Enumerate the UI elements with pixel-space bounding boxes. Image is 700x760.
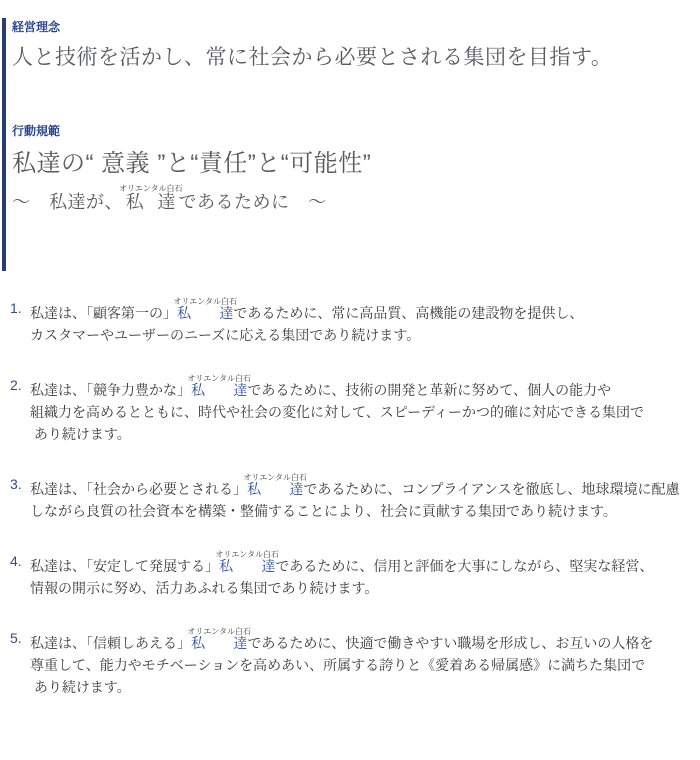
principle-line: あり続けます。 xyxy=(30,679,131,695)
company-name-ruby-text: オリエンタル白石 xyxy=(243,473,307,482)
management-philosophy-label: 経営理念 xyxy=(12,20,700,34)
principle-number: 2. xyxy=(10,374,30,396)
philosophy-conduct-section: 経営理念 人と技術を活かし、常に社会から必要とされる集団を目指す。 行動規範 私… xyxy=(2,18,700,271)
management-philosophy-heading: 人と技術を活かし、常に社会から必要とされる集団を目指す。 xyxy=(12,44,700,72)
principle-prefix: 私達は、「競争力豊かな」 xyxy=(30,382,191,398)
company-name-base: 私 達 xyxy=(187,635,251,651)
principle-prefix: 私達は、「安定して発展する」 xyxy=(30,558,219,574)
code-of-conduct-heading: 私達の“ 意義 ”と“責任”と“可能性” xyxy=(12,148,700,180)
principle-line: であるために、技術の開発と革新に努めて、個人の能力や xyxy=(247,382,611,398)
company-name-ruby: 私 達オリエンタル白石 xyxy=(191,382,247,398)
conduct-subtitle-suffix: であるために ～ xyxy=(179,192,327,212)
principle-line: 情報の開示に努め、活力あふれる集団であり続けます。 xyxy=(30,580,378,596)
principle-line: カスタマーやユーザーのニーズに応える集団であり続けます。 xyxy=(30,327,420,343)
principle-item: 4. 私達は、「安定して発展する」私 達オリエンタル白石であるために、信用と評価… xyxy=(10,550,700,599)
code-of-conduct-label: 行動規範 xyxy=(12,124,700,138)
company-name-base: 私達 xyxy=(119,192,183,212)
company-name-ruby-text: オリエンタル白石 xyxy=(173,297,237,306)
principle-item: 5. 私達は、「信頼しあえる」私 達オリエンタル白石であるために、快適で働きやす… xyxy=(10,627,700,698)
corporate-philosophy-page: 経営理念 人と技術を活かし、常に社会から必要とされる集団を目指す。 行動規範 私… xyxy=(0,0,700,760)
principle-line: 組織力を高めるとともに、時代や社会の変化に対して、スピーディーかつ的確に対応でき… xyxy=(30,404,644,420)
principle-item: 1. 私達は、「顧客第一の」私 達オリエンタル白石であるために、常に高品質、高機… xyxy=(10,297,700,346)
company-name-ruby: 私 達オリエンタル白石 xyxy=(247,481,303,497)
company-name-ruby-text: オリエンタル白石 xyxy=(119,184,183,193)
company-name-base: 私 達 xyxy=(215,558,279,574)
principle-number: 3. xyxy=(10,473,30,495)
principle-item: 2. 私達は、「競争力豊かな」私 達オリエンタル白石であるために、技術の開発と革… xyxy=(10,374,700,445)
principle-number: 4. xyxy=(10,550,30,572)
principle-prefix: 私達は、「顧客第一の」 xyxy=(30,305,177,321)
principle-line: であるために、信用と評価を大事にしながら、堅実な経営、 xyxy=(275,558,653,574)
company-name-ruby-text: オリエンタル白石 xyxy=(187,374,251,383)
principle-item: 3. 私達は、「社会から必要とされる」私 達オリエンタル白石であるために、コンプ… xyxy=(10,473,700,522)
principle-text: 私達は、「顧客第一の」私 達オリエンタル白石であるために、常に高品質、高機能の建… xyxy=(30,297,700,346)
company-name-ruby-text: オリエンタル白石 xyxy=(187,627,251,636)
company-name-ruby: 私 達オリエンタル白石 xyxy=(177,305,233,321)
principle-number: 5. xyxy=(10,627,30,649)
conduct-subtitle-prefix: ～ 私達が、 xyxy=(12,192,123,212)
principle-prefix: 私達は、「信頼しあえる」 xyxy=(30,635,191,651)
company-name-base: 私 達 xyxy=(243,481,307,497)
principle-text: 私達は、「競争力豊かな」私 達オリエンタル白石であるために、技術の開発と革新に努… xyxy=(30,374,700,445)
principle-line: であるために、コンプライアンスを徹底し、地球環境に配慮 xyxy=(303,481,679,497)
principle-number: 1. xyxy=(10,297,30,319)
principle-line: 尊重して、能力やモチベーションを高めあい、所属する誇りと《愛着ある帰属感》に満ち… xyxy=(30,657,645,673)
company-name-ruby-text: オリエンタル白石 xyxy=(215,550,279,559)
principle-prefix: 私達は、「社会から必要とされる」 xyxy=(30,481,247,497)
principles-list: 1. 私達は、「顧客第一の」私 達オリエンタル白石であるために、常に高品質、高機… xyxy=(10,297,700,698)
principle-text: 私達は、「社会から必要とされる」私 達オリエンタル白石であるために、コンプライア… xyxy=(30,473,700,522)
principle-line: しながら良質の社会資本を構築・整備することにより、社会に貢献する集団であり続けま… xyxy=(30,503,617,519)
conduct-subtitle: ～ 私達が、私達オリエンタル白石であるために ～ xyxy=(12,184,700,215)
company-name-ruby: 私 達オリエンタル白石 xyxy=(191,635,247,651)
principle-line: であるために、快適で働きやすい職場を形成し、お互いの人格を xyxy=(247,635,653,651)
principle-text: 私達は、「信頼しあえる」私 達オリエンタル白石であるために、快適で働きやすい職場… xyxy=(30,627,700,698)
principle-text: 私達は、「安定して発展する」私 達オリエンタル白石であるために、信用と評価を大事… xyxy=(30,550,700,599)
principle-line: あり続けます。 xyxy=(30,426,131,442)
company-name-base: 私 達 xyxy=(173,305,237,321)
principle-line: であるために、常に高品質、高機能の建設物を提供し、 xyxy=(233,305,583,321)
company-name-base: 私 達 xyxy=(187,382,251,398)
company-name-ruby: 私達オリエンタル白石 xyxy=(123,192,179,212)
company-name-ruby: 私 達オリエンタル白石 xyxy=(219,558,275,574)
